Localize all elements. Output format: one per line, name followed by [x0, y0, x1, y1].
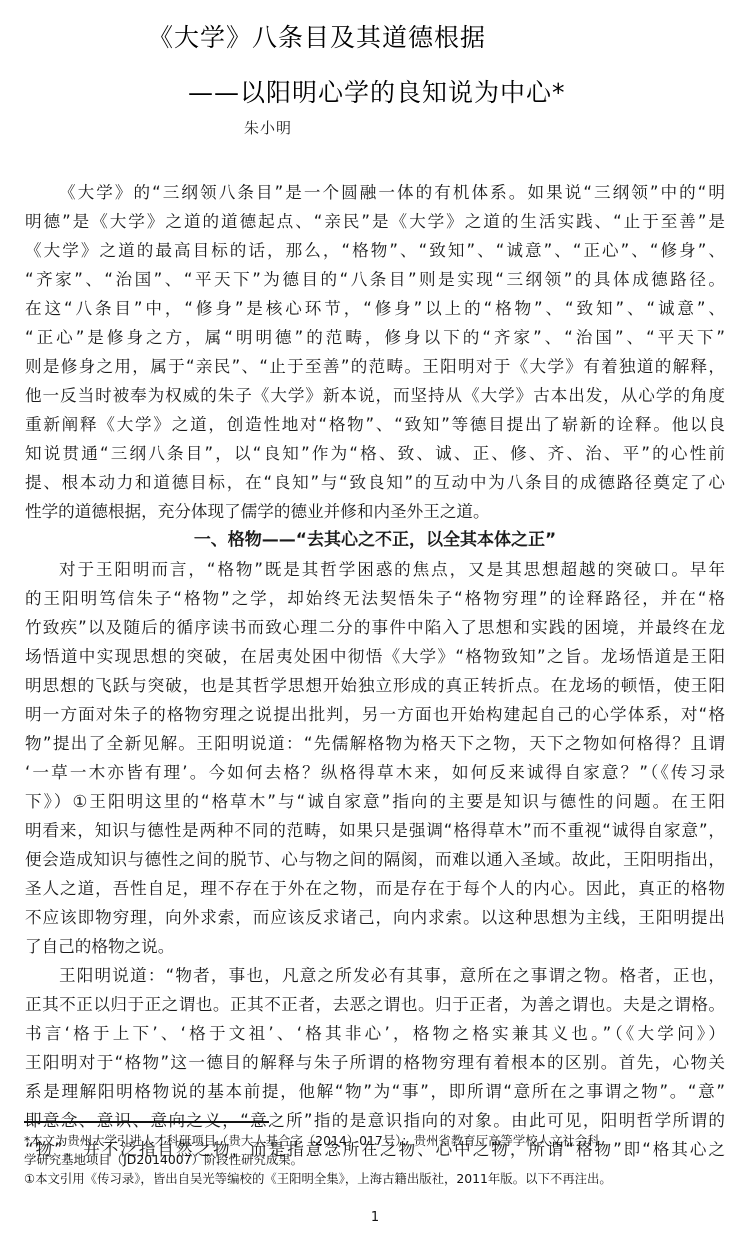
body-line: 提、根本动力和道德目标，在“良知”与“致良知”的互动中为八条目的成德路径奠定了心: [25, 468, 725, 497]
body-line: 下》）①王阳明这里的“格草木”与“诚自家意”指向的主要是知识与德性的问题。在王阳: [25, 787, 725, 816]
body-line: 王阳明说道：“物者，事也，凡意之所发必有其事，意所在之事谓之物。格者，正也，: [25, 961, 725, 990]
body-line: 在这“八条目”中，“修身”是核心环节，“修身”以上的“格物”、“致知”、“诚意”…: [25, 294, 725, 323]
paper-subtitle: ——以阳明心学的良知说为中心*: [188, 73, 566, 109]
footnote-funding: *本文为贵州大学引进人才科研项目（贵大人基合字（2014）017号）；贵州省教育…: [24, 1131, 728, 1150]
body-line: 他一反当时被奉为权威的朱子《大学》新本说，而坚持从《大学》古本出发，从心学的角度: [25, 381, 725, 410]
body-line: 不应该即物穷理，向外求索，而应该反求诸己，向内求索。以这种思想为主线，王阳明提出: [25, 903, 725, 932]
body-line: 性学的道德根据，充分体现了儒学的德业并修和内圣外王之道。: [25, 497, 725, 526]
body-line: 王阳明对于“格物”这一德目的解释与朱子所谓的格物穷理有着根本的区别。首先，心物关: [25, 1048, 725, 1077]
footnote-citation: ①本文引用《传习录》，皆出自吴光等编校的《王阳明全集》，上海古籍出版社，2011…: [24, 1169, 728, 1188]
body-line: 了自己的格物之说。: [25, 932, 725, 961]
footnote-funding-cont: 学研究基地项目（JD2014007）阶段性研究成果。: [24, 1150, 728, 1169]
footnotes: *本文为贵州大学引进人才科研项目（贵大人基合字（2014）017号）；贵州省教育…: [24, 1131, 728, 1188]
paper-title: 《大学》八条目及其道德根据: [0, 18, 750, 54]
body-line: “正心”是修身之方，属“明明德”的范畴，修身以下的“齐家”、“治国”、“平天下”: [25, 323, 725, 352]
body-line: 对于王阳明而言，“格物”既是其哲学困惑的焦点，又是其思想超越的突破口。早年: [25, 555, 725, 584]
body-line: 书言‘格于上下’、‘格于文祖’、‘格其非心’，格物之格实兼其义也。”（《大学问》…: [25, 1019, 725, 1048]
body-line: “齐家”、“治国”、“平天下”为德目的“八条目”则是实现“三纲领”的具体成德路径…: [25, 265, 725, 294]
body-line: 场悟道中实现思想的突破，在居夷处困中彻悟《大学》“格物致知”之旨。龙场悟道是王阳: [25, 642, 725, 671]
document-page: 《大学》八条目及其道德根据 ——以阳明心学的良知说为中心* 朱小明 《大学》的“…: [0, 0, 750, 1233]
page-number: 1: [0, 1210, 750, 1225]
body-line: 《大学》之道的最高目标的话，那么，“格物”、“致知”、“诚意”、“正心”、“修身…: [25, 236, 725, 265]
body-line: 明看来，知识与德性是两种不同的范畴，如果只是强调“格得草木”而不重视“诚得自家意…: [25, 816, 725, 845]
body-line: 便会造成知识与德性之间的脱节、心与物之间的隔阂，而难以通入圣域。故此，王阳明指出…: [25, 845, 725, 874]
body-line: 明德”是《大学》之道的道德起点、“亲民”是《大学》之道的生活实践、“止于至善”是: [25, 207, 725, 236]
body-line: 明思想的飞跃与突破，也是其哲学思想开始独立形成的真正转折点。在龙场的顿悟，使王阳: [25, 671, 725, 700]
section-heading: 一、格物——“去其心之不正，以全其本体之正”: [25, 526, 725, 555]
footnote-separator: [24, 1121, 269, 1123]
body-line: 明一方面对朱子的格物穷理之说提出批判，另一方面也开始构建起自己的心学体系，对“格: [25, 700, 725, 729]
body-text: 《大学》的“三纲领八条目”是一个圆融一体的有机体系。如果说“三纲领”中的“明 明…: [25, 178, 725, 1164]
body-line: 正其不正以归于正之谓也。正其不正者，去恶之谓也。归于正者，为善之谓也。夫是之谓格…: [25, 990, 725, 1019]
body-line: 物”提出了全新见解。王阳明说道：“先儒解格物为格天下之物，天下之物如何格得？且谓: [25, 729, 725, 758]
body-line: 重新阐释《大学》之道，创造性地对“格物”、“致知”等德目提出了崭新的诠释。他以良: [25, 410, 725, 439]
body-line: ‘一草一木亦皆有理’。今如何去格？纵格得草木来，如何反来诚得自家意？”（《传习录: [25, 758, 725, 787]
author-name: 朱小明: [244, 117, 292, 138]
body-line: 《大学》的“三纲领八条目”是一个圆融一体的有机体系。如果说“三纲领”中的“明: [25, 178, 725, 207]
body-line: 知说贯通“三纲八条目”，以“良知”作为“格、致、诚、正、修、齐、治、平”的心性前: [25, 439, 725, 468]
body-line: 的王阳明笃信朱子“格物”之学，却始终无法契悟朱子“格物穷理”的诠释路径，并在“格: [25, 584, 725, 613]
body-line: 则是修身之用，属于“亲民”、“止于至善”的范畴。王阳明对于《大学》有着独道的解释…: [25, 352, 725, 381]
body-line: 竹致疾”以及随后的循序读书而致心理二分的事件中陷入了思想和实践的困境，并最终在龙: [25, 613, 725, 642]
body-line: 系是理解阳明格物说的基本前提，他解“物”为“事”，即所谓“意所在之事谓之物”。“…: [25, 1077, 725, 1106]
body-line: 圣人之道，吾性自足，理不存在于外在之物，而是存在于每个人的内心。因此，真正的格物: [25, 874, 725, 903]
